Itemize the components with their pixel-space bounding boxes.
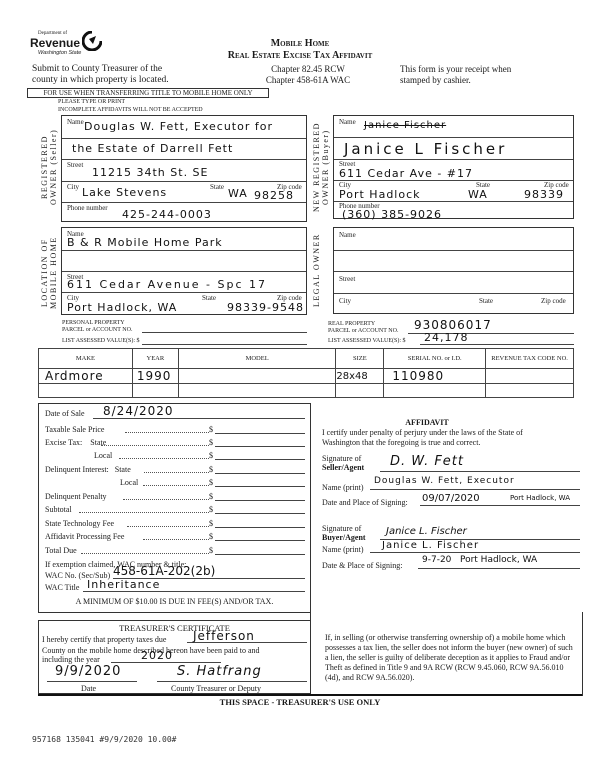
submit-instruction: Submit to County Treasurer of the county… [32, 64, 169, 86]
buyer-name-struck: Janice Fischer [364, 120, 446, 131]
buyer-phone-field[interactable]: (360) 385-9026 [342, 208, 442, 221]
treasurer-date-field[interactable]: 9/9/2020 [47, 664, 137, 682]
interest-local-field[interactable] [215, 477, 305, 487]
buyer-signing-date-place-field[interactable]: 9-7-20 Port Hadlock, WA [418, 555, 580, 569]
location-city-field[interactable]: Port Hadlock, WA [67, 301, 177, 314]
real-parcel-label: REAL PROPERTY PARCEL or ACCOUNT NO. [328, 321, 398, 335]
date-of-sale-field[interactable]: 8/24/2020 [93, 404, 305, 419]
col-revenue-code: REVENUE TAX CODE NO. [486, 349, 574, 369]
location-name-field[interactable]: B & R Mobile Home Park [67, 236, 223, 249]
revenue-code-cell[interactable] [486, 369, 574, 384]
seller-street-field[interactable]: 11215 34th St. SE [92, 166, 209, 179]
real-assessed-field[interactable]: 24,178 [420, 333, 574, 345]
seller-signature-field[interactable]: D. W. Fett [380, 454, 580, 472]
affidavit-section: AFFIDAVIT I certify under penalty of per… [322, 410, 582, 595]
revenue-code-cell[interactable] [486, 384, 574, 398]
personal-parcel-field[interactable] [142, 323, 307, 333]
type-print-note: PLEASE TYPE OR PRINT [58, 99, 125, 105]
buyer-box: Name Janice Fischer Janice L Fischer Str… [333, 115, 574, 219]
size-cell[interactable] [336, 384, 384, 398]
legal-owner-city-field[interactable] [364, 297, 464, 311]
tax-lien-warning: If, in selling (or otherwise transferrin… [325, 633, 575, 683]
mobile-home-table: MAKE YEAR MODEL SIZE SERIAL NO. or I.D. … [38, 348, 574, 398]
technology-fee-field[interactable] [215, 518, 305, 528]
model-cell[interactable] [178, 369, 336, 384]
table-row: Ardmore 1990 28x48 110980 [39, 369, 574, 384]
seller-state-field[interactable]: WA [228, 187, 248, 200]
seller-box: Name Douglas W. Fett, Executor for the E… [61, 115, 307, 222]
col-make: MAKE [39, 349, 133, 369]
table-row [39, 384, 574, 398]
seller-name-field[interactable]: Douglas W. Fett, Executor for [84, 120, 273, 133]
seller-phone-field[interactable]: 425-244-0003 [122, 208, 212, 221]
personal-assessed-field[interactable] [142, 335, 307, 345]
seller-signing-place-field[interactable]: Port Hadlock, WA [510, 494, 570, 502]
affidavit-title: AFFIDAVIT [322, 418, 532, 427]
seller-section-label: REGISTERED OWNER (Seller) [40, 118, 60, 216]
col-model: MODEL [178, 349, 336, 369]
treasurer-county-field[interactable]: Jefferson [187, 629, 307, 643]
location-street-field[interactable]: 611 Cedar Avenue - Spc 17 [67, 278, 267, 291]
excise-state-field[interactable] [215, 437, 305, 447]
excise-local-field[interactable] [215, 450, 305, 460]
form-title: Mobile Home Real Estate Excise Tax Affid… [200, 38, 400, 62]
dor-logo-icon [82, 31, 102, 51]
treasurer-use-only-label: THIS SPACE - TREASURER'S USE ONLY [0, 697, 600, 707]
legal-owner-section-label: LEGAL OWNER [312, 228, 332, 313]
make-cell[interactable]: Ardmore [39, 369, 133, 384]
location-zip-field[interactable]: 98339-9548 [227, 301, 304, 314]
tax-box: Date of Sale 8/24/2020 Taxable Sale Pric… [38, 403, 311, 613]
processing-fee-field[interactable] [215, 531, 305, 541]
buyer-city-field[interactable]: Port Hadlock [339, 188, 421, 201]
buyer-zip-field[interactable]: 98339 [524, 188, 564, 201]
year-cell[interactable]: 1990 [132, 369, 178, 384]
chapter-refs: Chapter 82.45 RCW Chapter 458-61A WAC [258, 64, 358, 86]
wac-number-field[interactable]: 458-61A-202(2b) [113, 564, 305, 579]
receipt-note: This form is your receipt when stamped b… [400, 64, 511, 86]
seller-print-name-field[interactable]: Douglas W. Fett, Executor [370, 476, 580, 490]
treasurer-section-divider [38, 694, 583, 696]
treasurer-signature-field[interactable]: S. Hatfrang [157, 664, 307, 682]
seller-signing-date-field[interactable]: 09/07/2020 [422, 493, 480, 504]
col-size: SIZE [336, 349, 384, 369]
serial-cell[interactable]: 110980 [384, 369, 486, 384]
agency-line2: Revenue [30, 36, 80, 50]
buyer-print-name-field[interactable]: Janice L. Fischer [370, 540, 580, 553]
title-line2: Real Estate Excise Tax Affidavit [200, 50, 400, 62]
real-assessed-label: LIST ASSESSED VALUE(S): $ [328, 338, 406, 344]
subtotal-field[interactable] [215, 504, 305, 514]
incomplete-note: INCOMPLETE AFFIDAVITS WILL NOT BE ACCEPT… [58, 107, 203, 113]
seller-zip-field[interactable]: 98258 [254, 189, 294, 202]
cashier-stamp: 957168 135041 #9/9/2020 10.00# [32, 735, 177, 744]
buyer-street-field[interactable]: 611 Cedar Ave - #17 [339, 167, 473, 180]
title-line1: Mobile Home [200, 38, 400, 50]
personal-parcel-label: PERSONAL PROPERTY PARCEL or ACCOUNT NO. [62, 320, 132, 334]
seller-name-line2-field[interactable]: the Estate of Darrell Fett [72, 142, 233, 155]
legal-owner-street-field[interactable] [374, 275, 564, 289]
taxable-sale-price-field[interactable] [215, 424, 305, 434]
buyer-section-label: NEW REGISTERED OWNER (Buyer) [312, 115, 332, 220]
col-serial: SERIAL NO. or I.D. [384, 349, 486, 369]
treasurer-certificate: TREASURER'S CERTIFICATE I hereby certify… [38, 620, 311, 694]
col-year: YEAR [132, 349, 178, 369]
usage-banner: FOR USE WHEN TRANSFERRING TITLE TO MOBIL… [27, 88, 269, 98]
buyer-name-field[interactable]: Janice L Fischer [344, 140, 507, 158]
buyer-state-field[interactable]: WA [468, 188, 488, 201]
location-section-label: LOCATION OF MOBILE HOME [40, 230, 60, 315]
legal-owner-name-field[interactable] [374, 233, 564, 247]
location-box: Name B & R Mobile Home Park Street 611 C… [61, 227, 307, 315]
serial-cell[interactable] [384, 384, 486, 398]
delinquent-penalty-field[interactable] [215, 491, 305, 501]
wac-title-field[interactable]: Inheritance [83, 578, 305, 592]
agency-line3: Washington State [38, 50, 81, 56]
model-cell[interactable] [178, 384, 336, 398]
total-due-field[interactable] [215, 545, 305, 555]
personal-assessed-label: LIST ASSESSED VALUE(S): $ [62, 338, 140, 344]
treasurer-year-field[interactable]: 2020 [111, 652, 221, 663]
buyer-signature-field[interactable]: Janice L. Fischer [380, 526, 580, 540]
legal-owner-box: Name Street City State Zip code [333, 227, 574, 314]
minimum-note: A MINIMUM OF $10.00 IS DUE IN FEE(S) AND… [39, 597, 310, 606]
affidavit-statement: I certify under penalty of perjury under… [322, 428, 552, 447]
table-header-row: MAKE YEAR MODEL SIZE SERIAL NO. or I.D. … [39, 349, 574, 369]
make-cell[interactable] [39, 384, 133, 398]
size-cell[interactable]: 28x48 [336, 369, 384, 384]
seller-city-field[interactable]: Lake Stevens [82, 186, 167, 199]
dor-logo: Department of Revenue Washington State [30, 31, 110, 61]
year-cell[interactable] [132, 384, 178, 398]
interest-state-field[interactable] [215, 464, 305, 474]
